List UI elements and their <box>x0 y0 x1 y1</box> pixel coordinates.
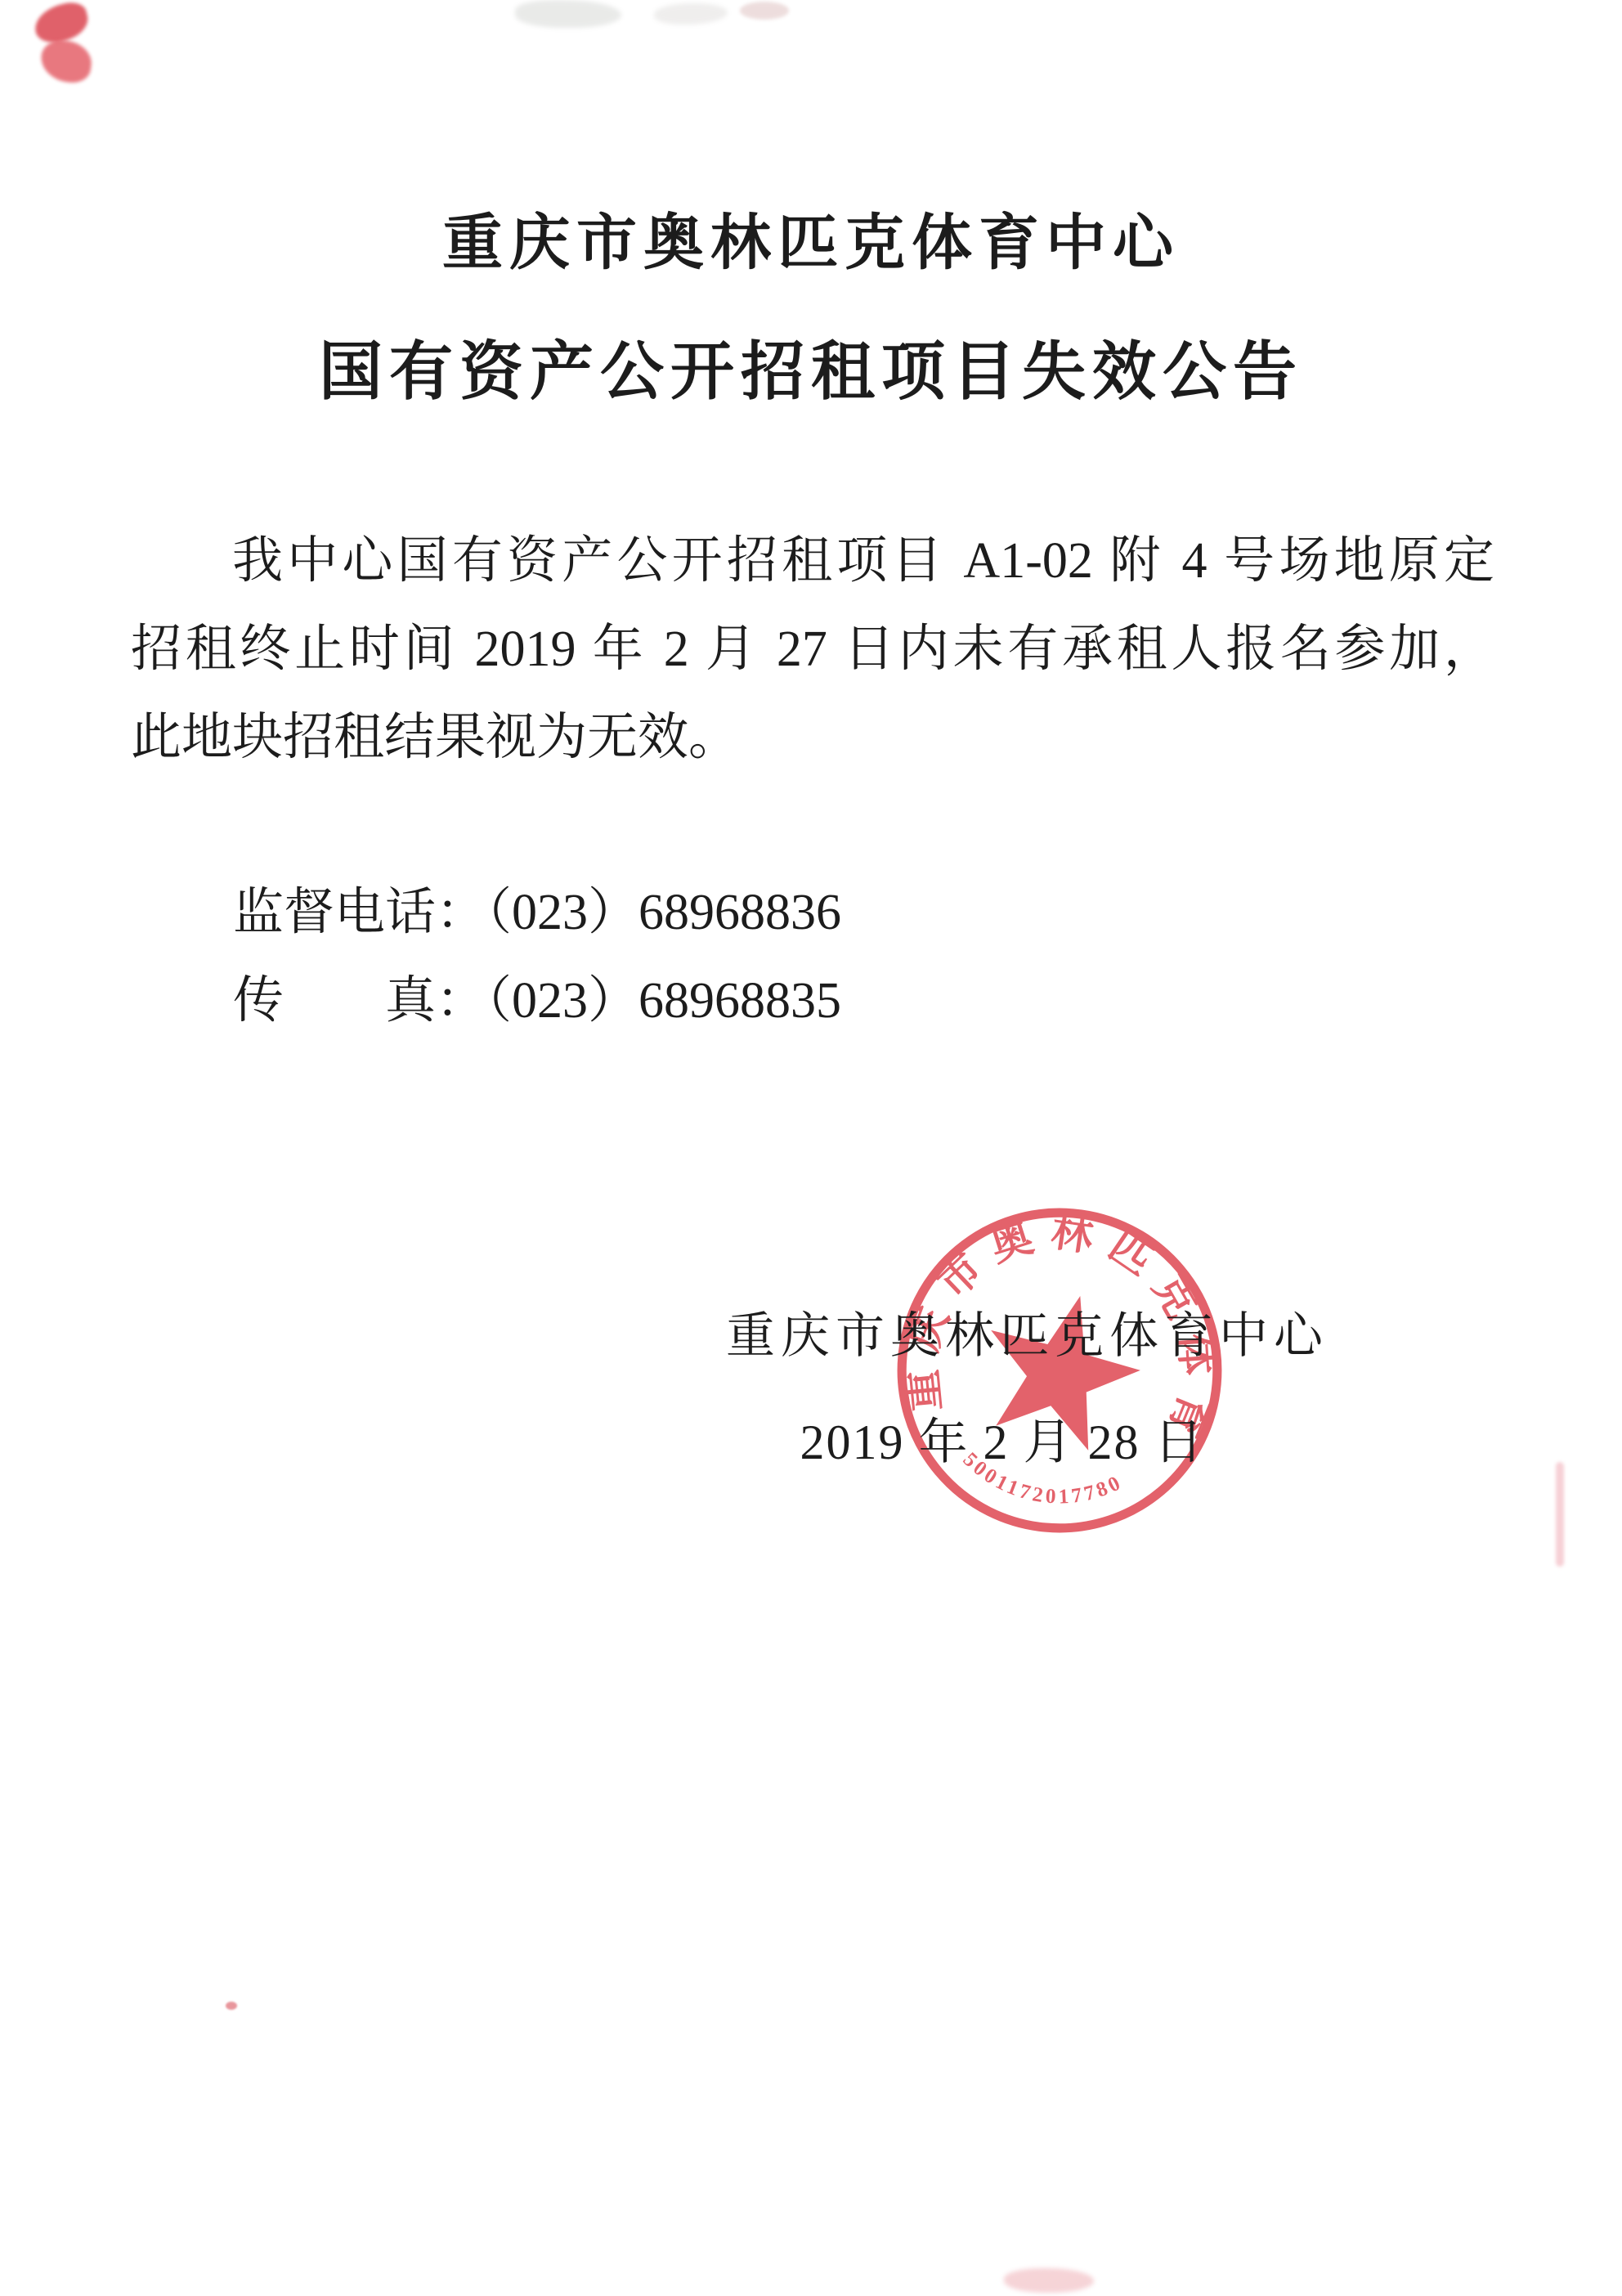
red-ink-smudge-top-left-2 <box>38 38 94 85</box>
supervision-phone-label: 监督电话： <box>233 885 486 940</box>
scan-smudge-top-center-1 <box>515 0 621 28</box>
fax-label: 传 真： <box>233 973 486 1029</box>
fax-value: （023）68968835 <box>486 973 841 1029</box>
fax-line: 传 真：（023）68968835 <box>131 957 1494 1045</box>
supervision-phone-value: （023）68968836 <box>486 885 841 940</box>
scan-smudge-top-center-3 <box>740 2 789 20</box>
red-mark-bottom-edge <box>1004 2268 1094 2293</box>
red-ink-smudge-top-left-1 <box>31 0 92 47</box>
scan-smudge-top-center-2 <box>654 3 728 25</box>
contact-block: 监督电话：（023）68968836 传 真：（023）68968835 <box>131 868 1494 1045</box>
signature-block: 重庆市奥林匹克体育中心 2019 年 2 月 28 日 <box>726 1297 1279 1473</box>
body-line-3: 此地块招租结果视为无效。 <box>131 693 1494 782</box>
doc-title-line2: 国有资产公开招租项目失效公告 <box>0 321 1622 412</box>
body-paragraph: 我中心国有资产公开招租项目 A1-02 附 4 号场地原定 招租终止时间 201… <box>131 517 1494 782</box>
red-dot-artifact-left <box>226 2002 237 2010</box>
supervision-phone-line: 监督电话：（023）68968836 <box>131 868 1494 957</box>
signature-org: 重庆市奥林匹克体育中心 <box>726 1297 1279 1367</box>
body-line-2: 招租终止时间 2019 年 2 月 27 日内未有承租人报名参加， <box>131 605 1494 693</box>
signature-date: 2019 年 2 月 28 日 <box>726 1403 1279 1473</box>
doc-title-line1: 重庆市奥林匹克体育中心 <box>0 195 1622 281</box>
body-line-1: 我中心国有资产公开招租项目 A1-02 附 4 号场地原定 <box>131 517 1494 605</box>
document-page: 重庆市奥林匹克体育中心 国有资产公开招租项目失效公告 我中心国有资产公开招租项目… <box>0 0 1622 2296</box>
pink-streak-right-edge <box>1556 1462 1564 1567</box>
